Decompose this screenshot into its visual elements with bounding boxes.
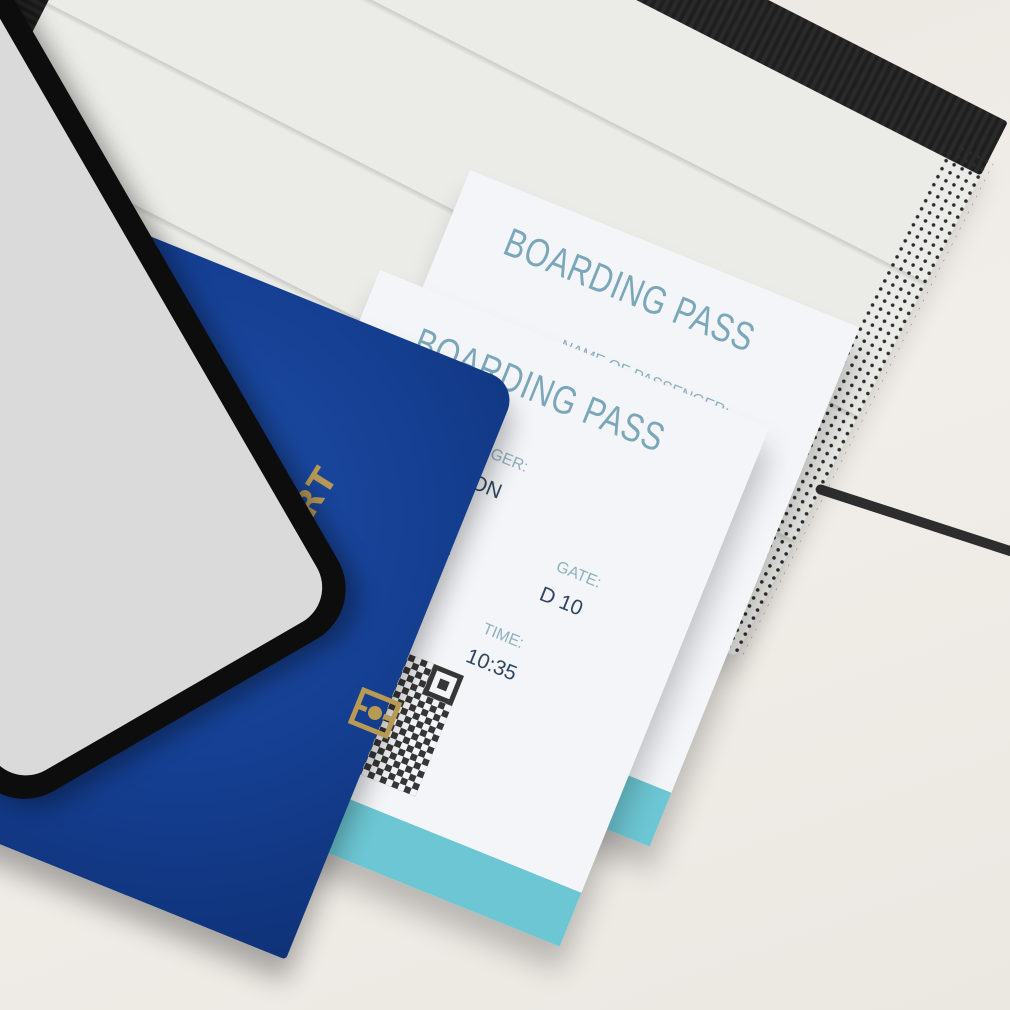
mask-nose-band xyxy=(161,0,1008,175)
gate-value: D 10 xyxy=(536,583,586,622)
time-value: 10:35 xyxy=(462,644,520,686)
qr-finder-pattern xyxy=(422,664,464,706)
gate-label: GATE: xyxy=(553,558,603,592)
time-label: TIME: xyxy=(480,620,526,653)
mask-strap xyxy=(814,483,1010,567)
